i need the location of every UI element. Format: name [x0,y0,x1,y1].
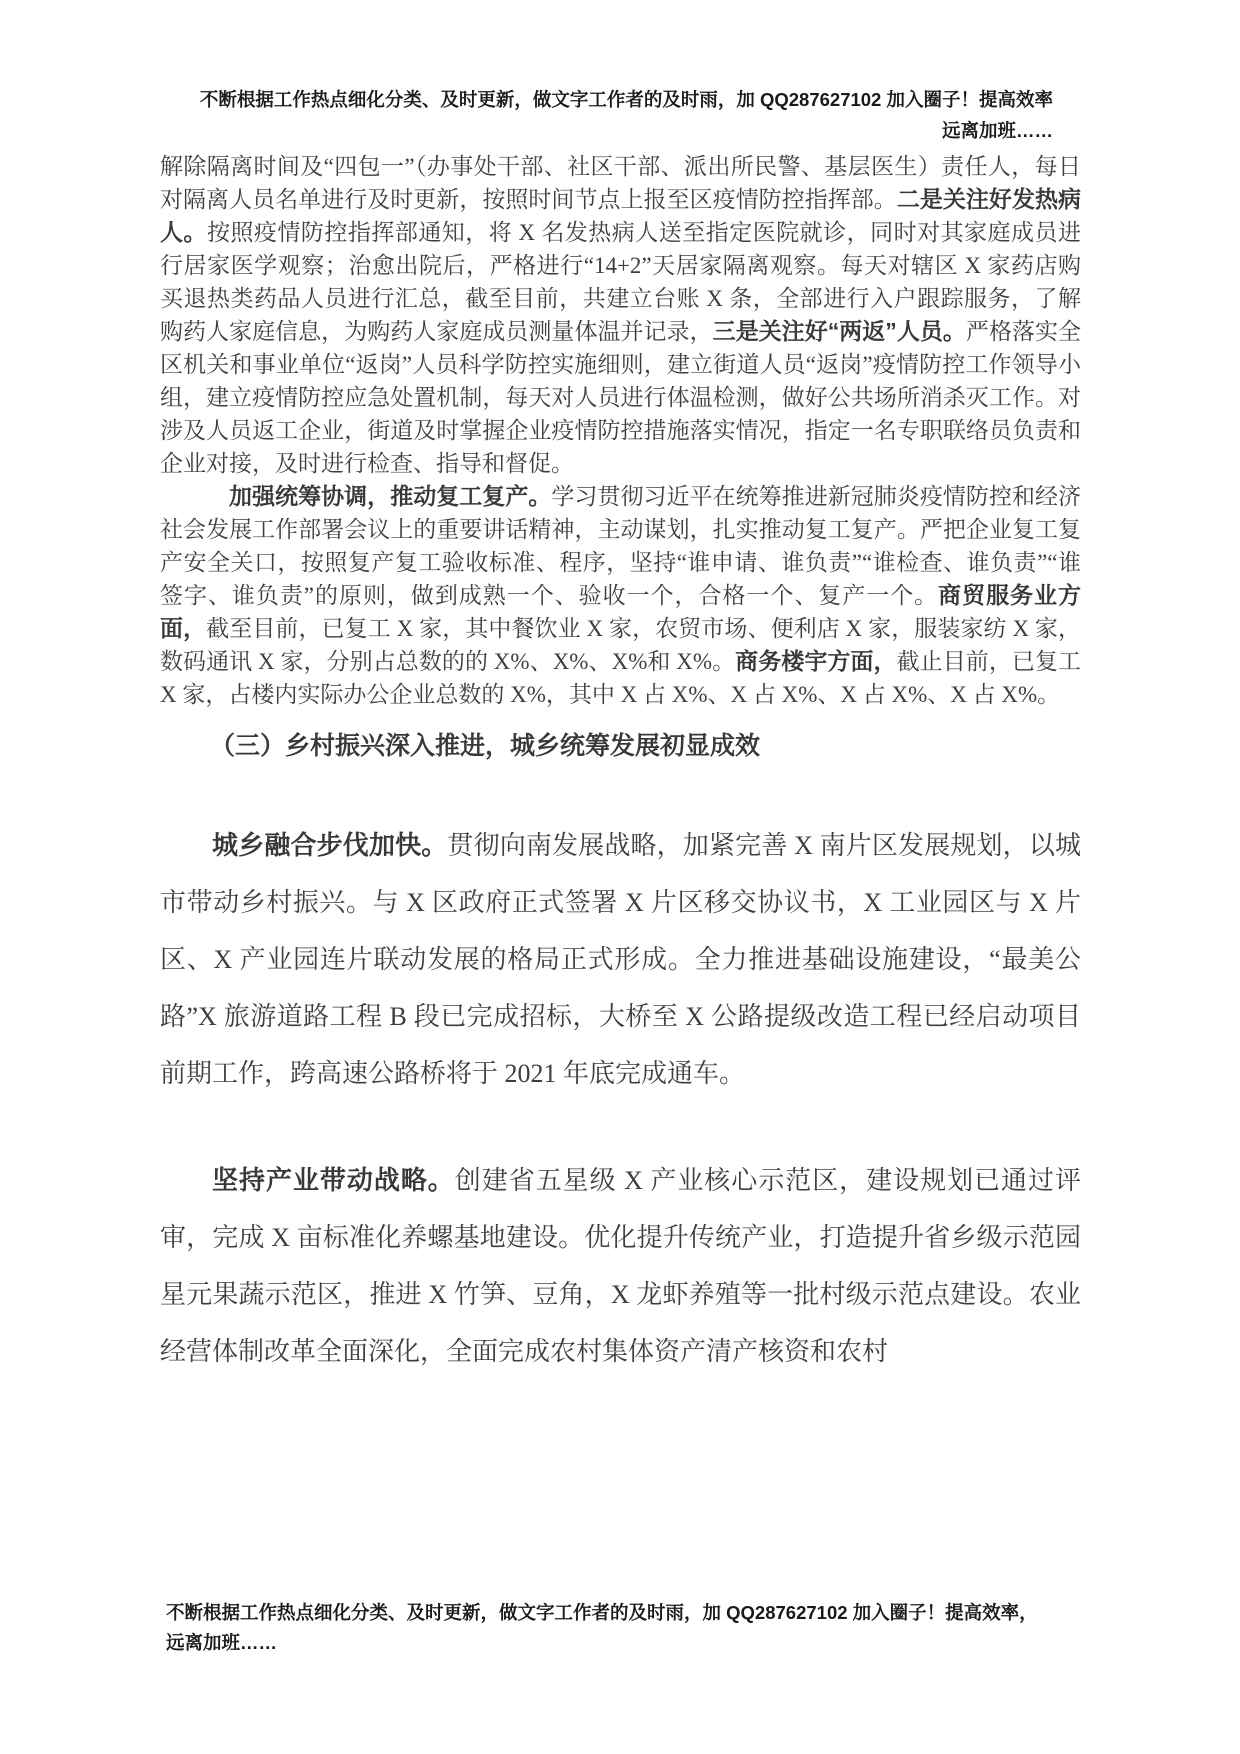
body-text: 贯彻向南发展战略，加紧完善 X 南片区发展规划，以城市带动乡村振兴。与 X 区政… [160,831,1081,1088]
body-paragraph: 加强统筹协调，推动复工复产。学习贯彻习近平在统筹推进新冠肺炎疫情防控和经济社会发… [160,480,1081,711]
header-line-1: 不断根据工作热点细化分类、及时更新，做文字工作者的及时雨，加 QQ2876271… [160,84,1053,115]
emphasis-text: 城乡融合步伐加快。 [212,830,447,860]
body-paragraph: 解除隔离时间及“四包一”（办事处干部、社区干部、派出所民警、基层医生）责任人，每… [160,150,1081,480]
section-heading: （三）乡村振兴深入推进，城乡统筹发展初显成效 [160,725,1081,767]
page-header: 不断根据工作热点细化分类、及时更新，做文字工作者的及时雨，加 QQ2876271… [160,84,1053,146]
footer-line-2: 远离加班…… [166,1628,1086,1658]
emphasis-text: 三是关注好“两返”人员。 [713,318,966,344]
emphasis-text: 坚持产业带动战略。 [212,1165,455,1195]
header-line-2: 远离加班…… [160,115,1053,146]
document-body: 解除隔离时间及“四包一”（办事处干部、社区干部、派出所民警、基层医生）责任人，每… [160,150,1081,1380]
footer-line-1: 不断根据工作热点细化分类、及时更新，做文字工作者的及时雨，加 QQ2876271… [166,1598,1086,1628]
emphasis-text: 商务楼宇方面， [735,648,896,674]
body-text: 创建省五星级 X 产业核心示范区，建设规划已通过评审，完成 X 亩标准化养螺基地… [160,1166,1081,1366]
body-paragraph: 坚持产业带动战略。创建省五星级 X 产业核心示范区，建设规划已通过评审，完成 X… [160,1152,1081,1380]
document-page: 不断根据工作热点细化分类、及时更新，做文字工作者的及时雨，加 QQ2876271… [0,0,1240,1754]
emphasis-text: （三）乡村振兴深入推进，城乡统筹发展初显成效 [210,732,760,760]
page-footer: 不断根据工作热点细化分类、及时更新，做文字工作者的及时雨，加 QQ2876271… [166,1598,1086,1658]
body-paragraph: 城乡融合步伐加快。贯彻向南发展战略，加紧完善 X 南片区发展规划，以城市带动乡村… [160,817,1081,1102]
emphasis-text: 加强统筹协调，推动复工复产。 [229,483,551,509]
